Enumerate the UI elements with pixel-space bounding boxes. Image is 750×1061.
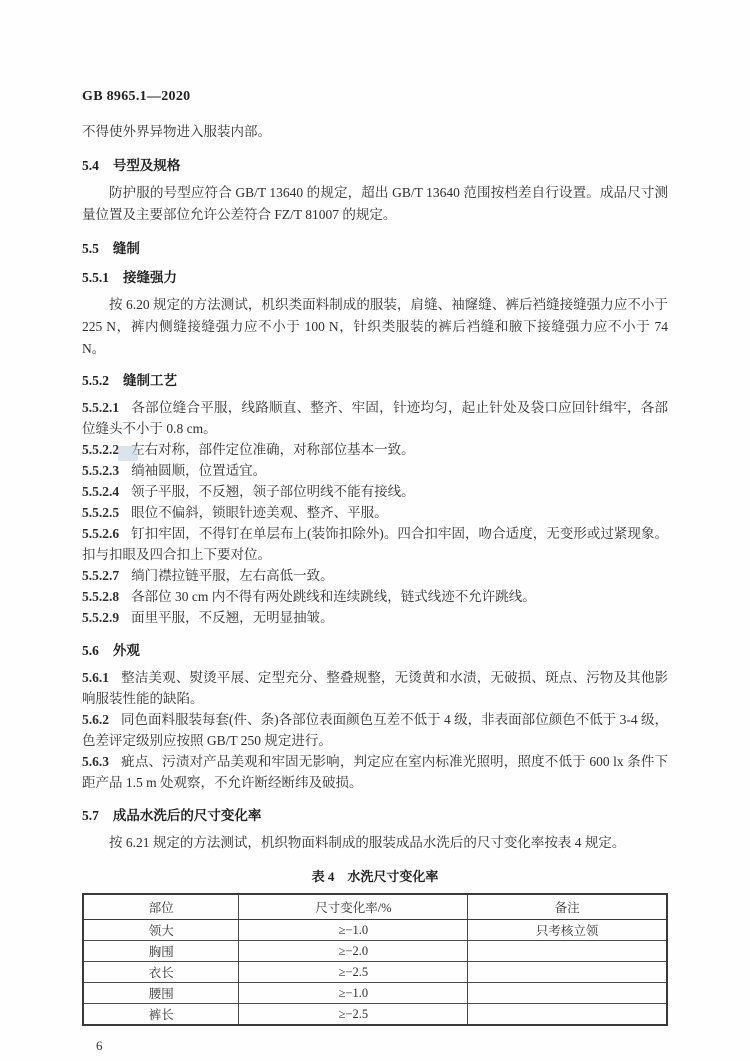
- clause-text: 绱袖圆顺，位置适宜。: [131, 463, 266, 478]
- section-number: 5.5.2: [82, 373, 109, 388]
- section-number: 5.5: [82, 241, 99, 256]
- heading-5-4: 5.4号型及规格: [82, 157, 668, 174]
- clause-text: 领子平服，不反翘，领子部位明线不能有接线。: [131, 484, 415, 499]
- clause-number: 5.5.2.3: [82, 463, 119, 478]
- heading-5-7: 5.7成品水洗后的尺寸变化率: [82, 807, 668, 824]
- document-page: GB 8965.1—2020 不得使外界异物进入服装内部。 5.4号型及规格 防…: [0, 0, 750, 1061]
- cell-remark: 只考核立领: [468, 920, 667, 941]
- clause-number: 5.5.2.7: [82, 568, 119, 583]
- table-row: 裤长 ≥−2.5: [83, 1004, 667, 1026]
- table-row: 领大 ≥−1.0 只考核立领: [83, 920, 667, 941]
- cell-rate: ≥−2.5: [239, 1004, 468, 1026]
- clause-5-5-2-1: 5.5.2.1各部位缝合平服，线路顺直、整齐、牢固，针迹均匀，起止针处及袋口应回…: [82, 397, 668, 439]
- clause-list-5-5-2: 5.5.2.1各部位缝合平服，线路顺直、整齐、牢固，针迹均匀，起止针处及袋口应回…: [82, 397, 668, 628]
- table-header-row: 部位 尺寸变化率/% 备注: [83, 894, 667, 920]
- clause-5-5-2-3: 5.5.2.3绱袖圆顺，位置适宜。: [82, 460, 668, 481]
- page-number: 6: [96, 1038, 668, 1054]
- table-caption: 表 4 水洗尺寸变化率: [82, 868, 668, 885]
- clause-5-6-3: 5.6.3疵点、污渍对产品美观和牢固无影响，判定应在室内标准光照明，照度不低于 …: [82, 751, 668, 793]
- table-row: 衣长 ≥−2.5: [83, 962, 667, 983]
- cell-part: 衣长: [83, 962, 239, 983]
- clause-5-6-1: 5.6.1整洁美观、熨烫平展、定型充分、整叠规整，无烫黄和水渍，无破损、斑点、污…: [82, 667, 668, 709]
- clause-5-5-2-9: 5.5.2.9面里平服，不反翘，无明显抽皱。: [82, 607, 668, 628]
- cell-part: 胸围: [83, 941, 239, 962]
- standard-number: GB 8965.1—2020: [82, 88, 668, 105]
- cell-rate: ≥−1.0: [239, 920, 468, 941]
- clause-number: 5.5.2.5: [82, 505, 119, 520]
- clause-5-5-2-6: 5.5.2.6钉扣牢固，不得钉在单层布上(装饰扣除外)。四合扣牢固，吻合适度，无…: [82, 523, 668, 565]
- col-header-remark: 备注: [468, 894, 667, 920]
- clause-number: 5.6.3: [82, 754, 109, 769]
- clause-number: 5.5.2.4: [82, 484, 119, 499]
- cell-rate: ≥−2.0: [239, 941, 468, 962]
- clause-text: 各部位 30 cm 内不得有两处跳线和连续跳线，链式线迹不允许跳线。: [131, 589, 536, 604]
- paragraph-intro: 不得使外界异物进入服装内部。: [82, 121, 668, 143]
- clause-5-5-2-4: 5.5.2.4领子平服，不反翘，领子部位明线不能有接线。: [82, 481, 668, 502]
- clause-text: 各部位缝合平服，线路顺直、整齐、牢固，针迹均匀，起止针处及袋口应回针缉牢，各部位…: [82, 400, 668, 436]
- clause-text: 整洁美观、熨烫平展、定型充分、整叠规整，无烫黄和水渍，无破损、斑点、污物及其他影…: [82, 670, 668, 706]
- scan-artifact-blue: [118, 446, 138, 461]
- cell-part: 腰围: [83, 983, 239, 1004]
- section-title: 号型及规格: [113, 158, 181, 173]
- heading-5-6: 5.6外观: [82, 642, 668, 659]
- section-number: 5.5.1: [82, 270, 109, 285]
- clause-5-5-2-8: 5.5.2.8各部位 30 cm 内不得有两处跳线和连续跳线，链式线迹不允许跳线…: [82, 586, 668, 607]
- col-header-part: 部位: [83, 894, 239, 920]
- section-number: 5.6: [82, 643, 99, 658]
- clause-5-5-2-2: 5.5.2.2左右对称，部件定位准确，对称部位基本一致。: [82, 439, 668, 460]
- cell-remark: [468, 1004, 667, 1026]
- section-title: 外观: [113, 643, 140, 658]
- clause-number: 5.5.2.9: [82, 610, 119, 625]
- clause-5-5-2-5: 5.5.2.5眼位不偏斜，锁眼针迹美观、整齐、平服。: [82, 502, 668, 523]
- section-number: 5.7: [82, 808, 99, 823]
- clause-5-6-2: 5.6.2同色面料服装每套(件、条)各部位表面颜色互差不低于 4 级，非表面部位…: [82, 709, 668, 751]
- paragraph-5-7: 按 6.21 规定的方法测试，机织物面料制成的服装成品水洗后的尺寸变化率按表 4…: [82, 832, 668, 854]
- clause-5-5-2-7: 5.5.2.7绱门襟拉链平服，左右高低一致。: [82, 565, 668, 586]
- clause-text: 绱门襟拉链平服，左右高低一致。: [131, 568, 334, 583]
- section-title: 缝制工艺: [123, 373, 177, 388]
- clause-number: 5.6.1: [82, 670, 109, 685]
- cell-rate: ≥−2.5: [239, 962, 468, 983]
- section-title: 接缝强力: [123, 270, 177, 285]
- cell-part: 裤长: [83, 1004, 239, 1026]
- heading-5-5-1: 5.5.1接缝强力: [82, 269, 668, 286]
- table-row: 胸围 ≥−2.0: [83, 941, 667, 962]
- clause-number: 5.6.2: [82, 712, 109, 727]
- paragraph-5-4: 防护服的号型应符合 GB/T 13640 的规定，超出 GB/T 13640 范…: [82, 182, 668, 226]
- heading-5-5: 5.5缝制: [82, 240, 668, 257]
- clause-text: 钉扣牢固，不得钉在单层布上(装饰扣除外)。四合扣牢固，吻合适度，无变形或过紧现象…: [82, 526, 668, 562]
- paragraph-5-5-1: 按 6.20 规定的方法测试，机织类面料制成的服装，肩缝、袖窿缝、裤后裆缝接缝强…: [82, 294, 668, 360]
- col-header-change-rate: 尺寸变化率/%: [239, 894, 468, 920]
- section-title: 成品水洗后的尺寸变化率: [113, 808, 262, 823]
- cell-remark: [468, 983, 667, 1004]
- clause-number: 5.5.2.2: [82, 442, 119, 457]
- cell-remark: [468, 941, 667, 962]
- clause-number: 5.5.2.1: [82, 400, 119, 415]
- heading-5-5-2: 5.5.2缝制工艺: [82, 372, 668, 389]
- clause-list-5-6: 5.6.1整洁美观、熨烫平展、定型充分、整叠规整，无烫黄和水渍，无破损、斑点、污…: [82, 667, 668, 793]
- section-number: 5.4: [82, 158, 99, 173]
- clause-number: 5.5.2.6: [82, 526, 119, 541]
- clause-text: 面里平服，不反翘，无明显抽皱。: [131, 610, 334, 625]
- table-row: 腰围 ≥−1.0: [83, 983, 667, 1004]
- cell-part: 领大: [83, 920, 239, 941]
- clause-number: 5.5.2.8: [82, 589, 119, 604]
- wash-dimension-change-table: 部位 尺寸变化率/% 备注 领大 ≥−1.0 只考核立领 胸围 ≥−2.0 衣长…: [82, 893, 668, 1026]
- clause-text: 眼位不偏斜，锁眼针迹美观、整齐、平服。: [131, 505, 388, 520]
- clause-text: 同色面料服装每套(件、条)各部位表面颜色互差不低于 4 级，非表面部位颜色不低于…: [82, 712, 668, 748]
- cell-remark: [468, 962, 667, 983]
- section-title: 缝制: [113, 241, 140, 256]
- cell-rate: ≥−1.0: [239, 983, 468, 1004]
- clause-text: 左右对称，部件定位准确，对称部位基本一致。: [131, 442, 415, 457]
- clause-text: 疵点、污渍对产品美观和牢固无影响，判定应在室内标准光照明，照度不低于 600 l…: [82, 754, 668, 790]
